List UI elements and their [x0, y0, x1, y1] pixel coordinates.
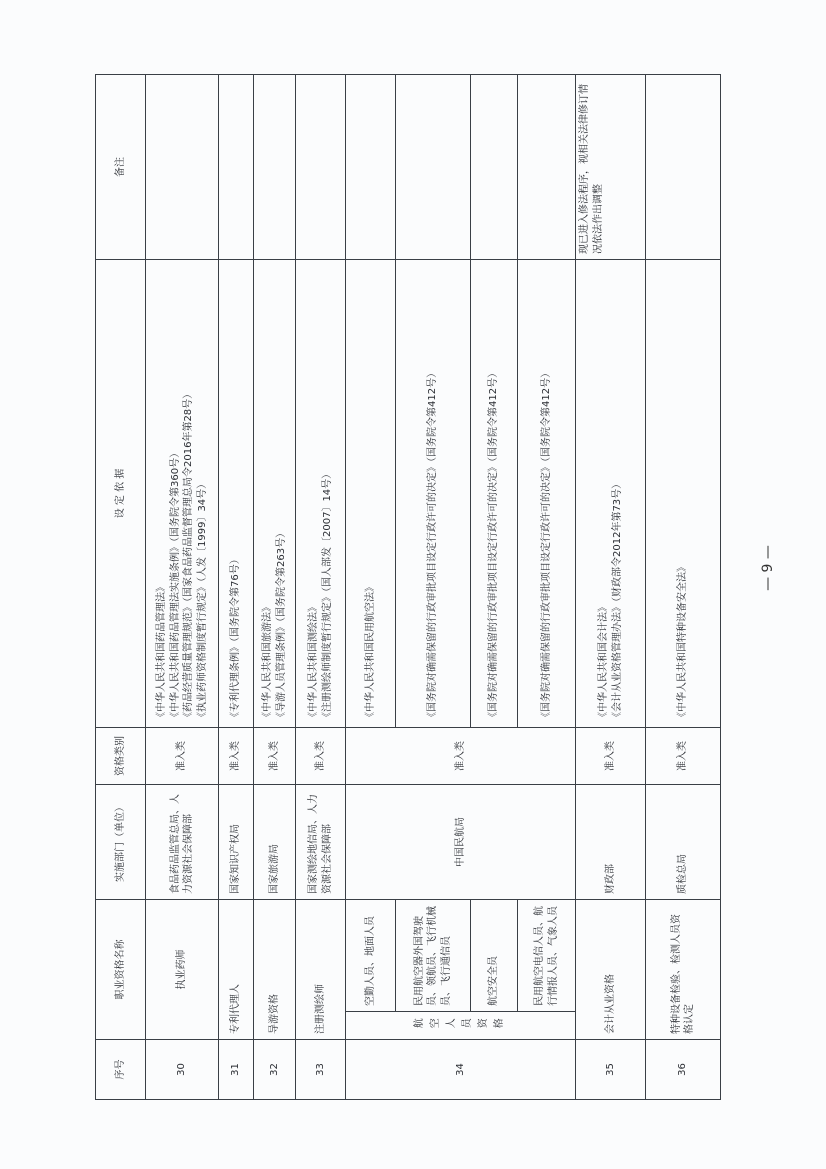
name-cell: 专利代理人	[219, 900, 254, 1040]
sub-name-cell: 民用航空器外国驾驶员、领航员、飞行机械员、飞行通信员	[396, 900, 471, 1012]
dept-cell: 质检总局	[646, 785, 721, 900]
remark-cell	[346, 75, 396, 260]
header-remark: 备注	[96, 75, 146, 260]
basis-cell: 《中华人民共和国药品管理法》 《中华人民共和国药品管理法实施条例》（国务院令第3…	[146, 260, 219, 728]
basis-line: 《国务院对确需保留的行政审批项目设定行政许可的决定》（国务院令第412号）	[426, 265, 440, 722]
name-cell: 执业药师	[146, 900, 219, 1040]
basis-cell: 《专利代理条例》（国务院令第76号）	[219, 260, 254, 728]
basis-line: 《导游人员管理条例》（国务院令第263号）	[275, 265, 289, 722]
seq-cell: 33	[296, 1040, 346, 1100]
basis-line: 《注册测绘师制度暂行规定》（国人部发〔2007〕14号）	[321, 265, 335, 722]
basis-line: 《中华人民共和国特种设备安全法》	[676, 265, 690, 722]
basis-line: 《中华人民共和国民用航空法》	[364, 265, 378, 722]
category-cell: 准入类	[254, 728, 296, 785]
remark-cell	[296, 75, 346, 260]
basis-cell: 《国务院对确需保留的行政审批项目设定行政许可的决定》（国务院令第412号）	[471, 260, 518, 728]
header-category: 资格类别	[96, 728, 146, 785]
seq-cell: 34	[346, 1040, 576, 1100]
basis-line: 《专利代理条例》（国务院令第76号）	[229, 265, 243, 722]
remark-cell	[396, 75, 471, 260]
name-cell: 注册测绘师	[296, 900, 346, 1040]
page-number: — 9 —	[760, 545, 776, 591]
basis-line: 《国务院对确需保留的行政审批项目设定行政许可的决定》（国务院令第412号）	[487, 265, 501, 722]
sub-name-cell: 空勤人员、地面人员	[346, 900, 396, 1012]
basis-cell: 《国务院对确需保留的行政审批项目设定行政许可的决定》（国务院令第412号）	[518, 260, 576, 728]
basis-line: 《国务院对确需保留的行政审批项目设定行政许可的决定》（国务院令第412号）	[540, 265, 554, 722]
seq-cell: 35	[576, 1040, 646, 1100]
header-basis: 设 定 依 据	[96, 260, 146, 728]
remark-cell	[146, 75, 219, 260]
seq-cell: 31	[219, 1040, 254, 1100]
category-cell: 准入类	[219, 728, 254, 785]
table-row: 33 注册测绘师 国家测绘地信局、人力资源社会保障部 准入类 《中华人民共和国测…	[296, 75, 346, 1100]
table-row: 34 航空人员资格 空勤人员、地面人员 中国民航局 准入类 《中华人民共和国民用…	[346, 75, 396, 1100]
basis-cell: 《国务院对确需保留的行政审批项目设定行政许可的决定》（国务院令第412号）	[396, 260, 471, 728]
dept-cell: 国家知识产权局	[219, 785, 254, 900]
remark-cell: 现已进入修法程序，视相关法律修订情况依法作出调整	[576, 75, 646, 260]
remark-cell	[518, 75, 576, 260]
seq-cell: 32	[254, 1040, 296, 1100]
remark-cell	[646, 75, 721, 260]
basis-line: 《中华人民共和国会计法》	[597, 265, 611, 722]
dept-cell: 食品药品监管总局、人力资源社会保障部	[146, 785, 219, 900]
category-cell: 准入类	[346, 728, 576, 785]
seq-cell: 36	[646, 1040, 721, 1100]
dept-cell: 国家测绘地信局、人力资源社会保障部	[296, 785, 346, 900]
category-cell: 准入类	[576, 728, 646, 785]
remark-cell	[254, 75, 296, 260]
dept-cell: 国家旅游局	[254, 785, 296, 900]
group-name-cell: 航空人员资格	[346, 1012, 576, 1040]
header-seq: 序号	[96, 1040, 146, 1100]
basis-cell: 《中华人民共和国测绘法》 《注册测绘师制度暂行规定》（国人部发〔2007〕14号…	[296, 260, 346, 728]
basis-line: 《中华人民共和国测绘法》	[307, 265, 321, 722]
dept-cell: 财政部	[576, 785, 646, 900]
basis-cell: 《中华人民共和国特种设备安全法》	[646, 260, 721, 728]
remark-cell	[471, 75, 518, 260]
header-name: 职业资格名称	[96, 900, 146, 1040]
basis-cell: 《中华人民共和国旅游法》 《导游人员管理条例》（国务院令第263号）	[254, 260, 296, 728]
basis-line: 《中华人民共和国旅游法》	[261, 265, 275, 722]
table-subrow: 航空安全员 《国务院对确需保留的行政审批项目设定行政许可的决定》（国务院令第41…	[471, 75, 518, 1100]
sub-name-cell: 航空安全员	[471, 900, 518, 1012]
category-cell: 准入类	[146, 728, 219, 785]
basis-cell: 《中华人民共和国民用航空法》	[346, 260, 396, 728]
basis-cell: 《中华人民共和国会计法》 《会计从业资格管理办法》（财政部令2012年第73号）	[576, 260, 646, 728]
basis-line: 《执业药师资格制度暂行规定》（人发〔1999〕34号）	[196, 265, 210, 722]
remark-cell	[219, 75, 254, 260]
basis-line: 《药品经营质量管理规范》（国家食品药品监督管理总局令2016年第28号）	[182, 265, 196, 722]
dept-cell: 中国民航局	[346, 785, 576, 900]
name-cell: 会计从业资格	[576, 900, 646, 1040]
table-row: 31 专利代理人 国家知识产权局 准入类 《专利代理条例》（国务院令第76号）	[219, 75, 254, 1100]
basis-line: 《中华人民共和国药品管理法》	[155, 265, 169, 722]
category-cell: 准入类	[646, 728, 721, 785]
table-row: 32 导游资格 国家旅游局 准入类 《中华人民共和国旅游法》 《导游人员管理条例…	[254, 75, 296, 1100]
basis-line: 《会计从业资格管理办法》（财政部令2012年第73号）	[611, 265, 625, 722]
header-dept: 实施部门（单位）	[96, 785, 146, 900]
table-row: 36 特种设备检验、检测人员资格认定 质检总局 准入类 《中华人民共和国特种设备…	[646, 75, 721, 1100]
rotated-table-wrapper: 序号 职业资格名称 实施部门（单位） 资格类别 设 定 依 据 备注 30 执业…	[95, 75, 720, 1100]
basis-line: 《中华人民共和国药品管理法实施条例》（国务院令第360号）	[169, 265, 183, 722]
name-cell: 特种设备检验、检测人员资格认定	[646, 900, 721, 1040]
table-row: 30 执业药师 食品药品监管总局、人力资源社会保障部 准入类 《中华人民共和国药…	[146, 75, 219, 1100]
name-cell: 导游资格	[254, 900, 296, 1040]
table-subrow: 民用航空电信人员、航行情报人员、气象人员 《国务院对确需保留的行政审批项目设定行…	[518, 75, 576, 1100]
sub-name-cell: 民用航空电信人员、航行情报人员、气象人员	[518, 900, 576, 1012]
table-row: 35 会计从业资格 财政部 准入类 《中华人民共和国会计法》 《会计从业资格管理…	[576, 75, 646, 1100]
header-row: 序号 职业资格名称 实施部门（单位） 资格类别 设 定 依 据 备注	[96, 75, 146, 1100]
table-subrow: 民用航空器外国驾驶员、领航员、飞行机械员、飞行通信员 《国务院对确需保留的行政审…	[396, 75, 471, 1100]
qualification-table: 序号 职业资格名称 实施部门（单位） 资格类别 设 定 依 据 备注 30 执业…	[95, 74, 721, 1100]
seq-cell: 30	[146, 1040, 219, 1100]
category-cell: 准入类	[296, 728, 346, 785]
